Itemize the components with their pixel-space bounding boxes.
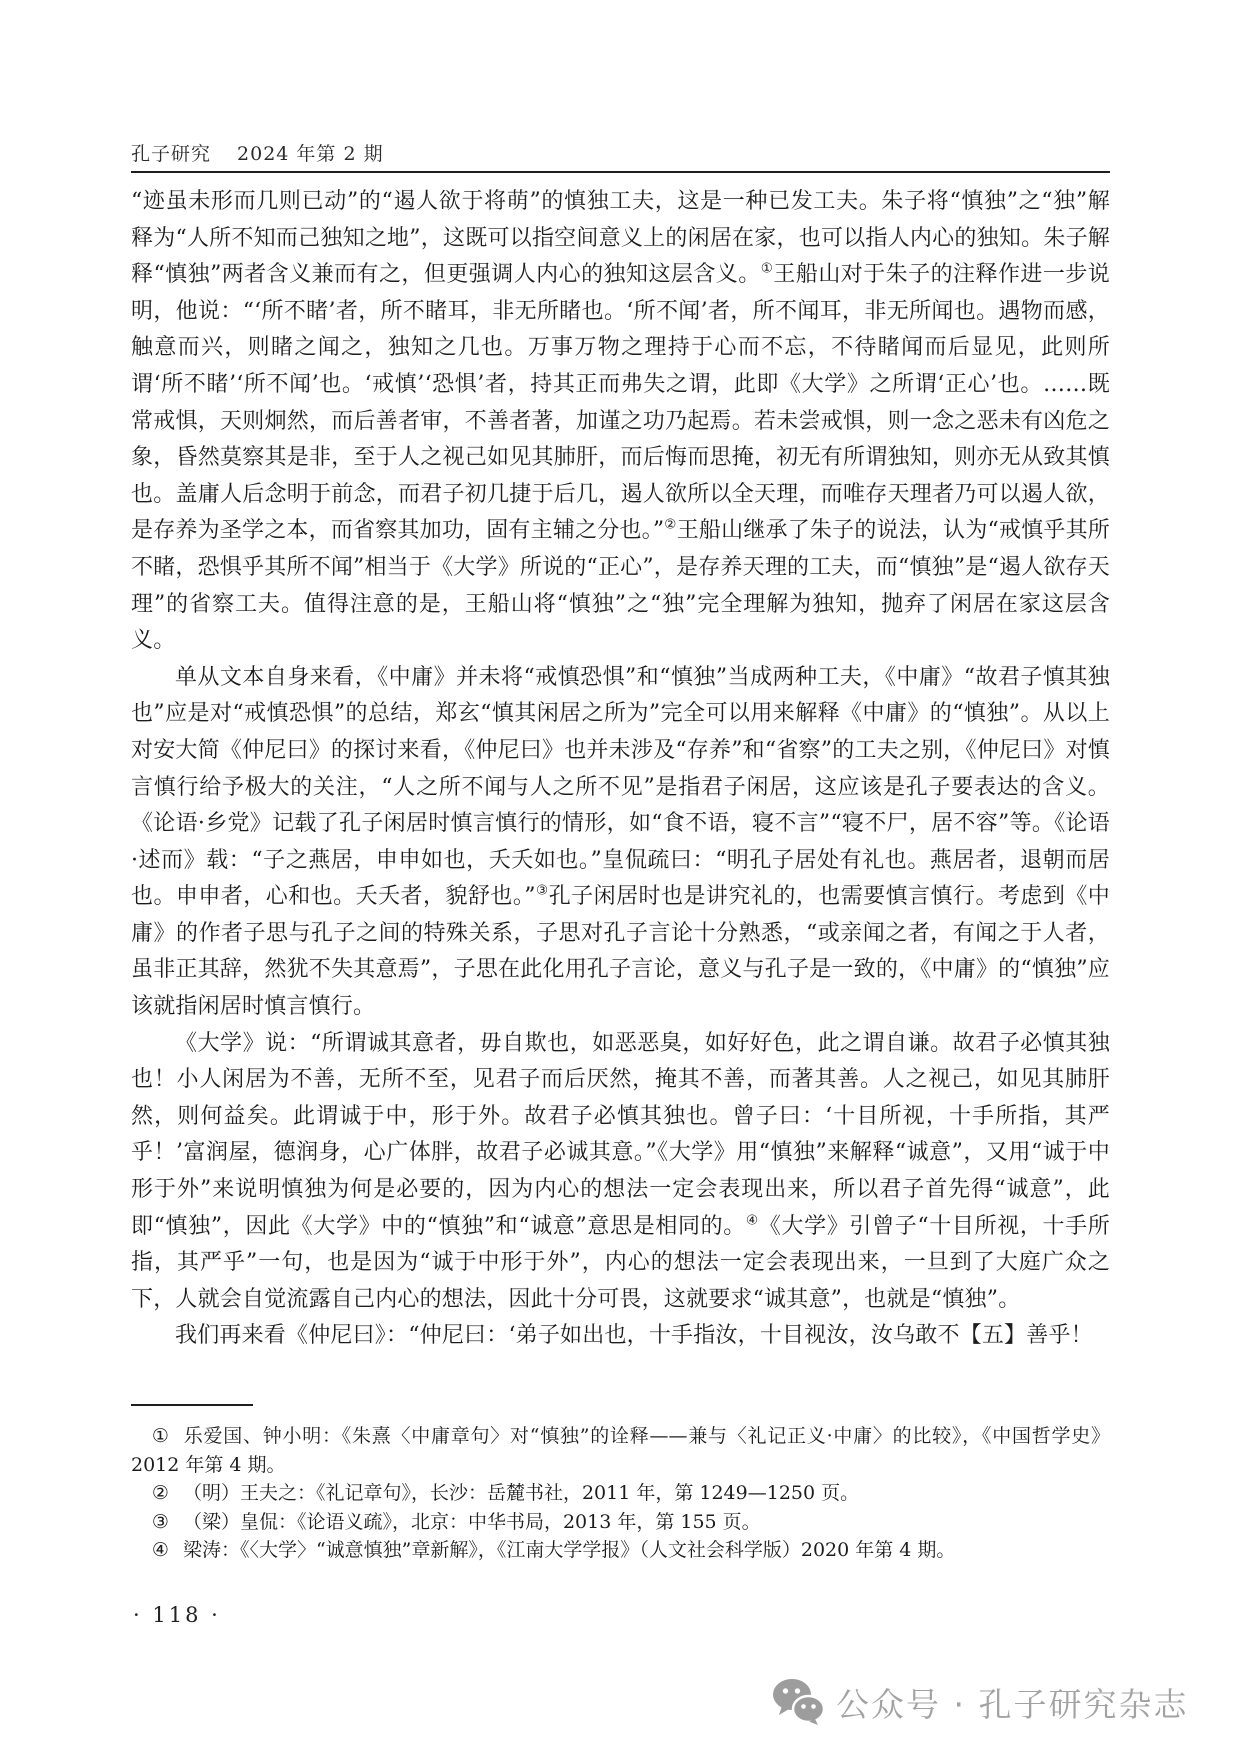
watermark-text: 公众号 · 孔子研究杂志 xyxy=(836,1679,1188,1726)
footnote-marker: ① xyxy=(152,1425,170,1447)
header-rule xyxy=(131,171,1110,173)
running-head: 孔子研究2024 年第 2 期 xyxy=(131,139,1110,166)
footnote-section: ①乐爱国、钟小明：《朱熹〈中庸章句〉对“慎独”的诠释——兼与〈礼记正义·中庸〉的… xyxy=(131,1404,1110,1565)
wechat-icon xyxy=(772,1678,824,1726)
footnote-text: （梁）皇侃：《论语义疏》，北京：中华书局，2013 年，第 155 页。 xyxy=(183,1511,761,1533)
article-body: “迹虽未形而几则已动”的“遏人欲于将萌”的慎独工夫，这是一种已发工夫。朱子将“慎… xyxy=(131,184,1110,1355)
page-number: · 118 · xyxy=(133,1603,221,1627)
footnote-text: 乐爱国、钟小明：《朱熹〈中庸章句〉对“慎独”的诠释——兼与〈礼记正义·中庸〉的比… xyxy=(131,1425,1110,1476)
footnote-rule xyxy=(131,1404,253,1406)
footnote-marker: ④ xyxy=(152,1539,169,1561)
footnote-text: 梁涛：《〈大学〉“诚意慎独”章新解》，《江南大学学报》（人文社会科学版）2020… xyxy=(183,1539,956,1561)
footnote: ③（梁）皇侃：《论语义疏》，北京：中华书局，2013 年，第 155 页。 xyxy=(131,1508,1110,1537)
body-paragraph: 单从文本自身来看，《中庸》并未将“戒慎恐惧”和“慎独”当成两种工夫，《中庸》“故… xyxy=(131,660,1110,1026)
watermark: 公众号 · 孔子研究杂志 xyxy=(772,1678,1188,1726)
footnote: ④梁涛：《〈大学〉“诚意慎独”章新解》，《江南大学学报》（人文社会科学版）202… xyxy=(131,1536,1110,1565)
body-paragraph: 《大学》说：“所谓诚其意者，毋自欺也，如恶恶臭，如好好色，此之谓自谦。故君子必慎… xyxy=(131,1026,1110,1319)
body-paragraph: “迹虽未形而几则已动”的“遏人欲于将萌”的慎独工夫，这是一种已发工夫。朱子将“慎… xyxy=(131,184,1110,660)
body-paragraph: 我们再来看《仲尼曰》：“仲尼曰：‘弟子如出也，十手指汝，十目视汝，汝乌敢不【五】… xyxy=(131,1318,1110,1355)
footnote-text: （明）王夫之：《礼记章句》，长沙：岳麓书社，2011 年，第 1249—1250… xyxy=(183,1482,859,1504)
journal-page: 孔子研究2024 年第 2 期 “迹虽未形而几则已动”的“遏人欲于将萌”的慎独工… xyxy=(0,0,1241,1754)
issue-label: 2024 年第 2 期 xyxy=(237,143,384,165)
footnote: ①乐爱国、钟小明：《朱熹〈中庸章句〉对“慎独”的诠释——兼与〈礼记正义·中庸〉的… xyxy=(131,1422,1110,1479)
journal-title: 孔子研究 xyxy=(131,143,211,165)
footnote: ②（明）王夫之：《礼记章句》，长沙：岳麓书社，2011 年，第 1249—125… xyxy=(131,1479,1110,1508)
footnote-marker: ② xyxy=(152,1482,169,1504)
footnote-marker: ③ xyxy=(152,1511,169,1533)
